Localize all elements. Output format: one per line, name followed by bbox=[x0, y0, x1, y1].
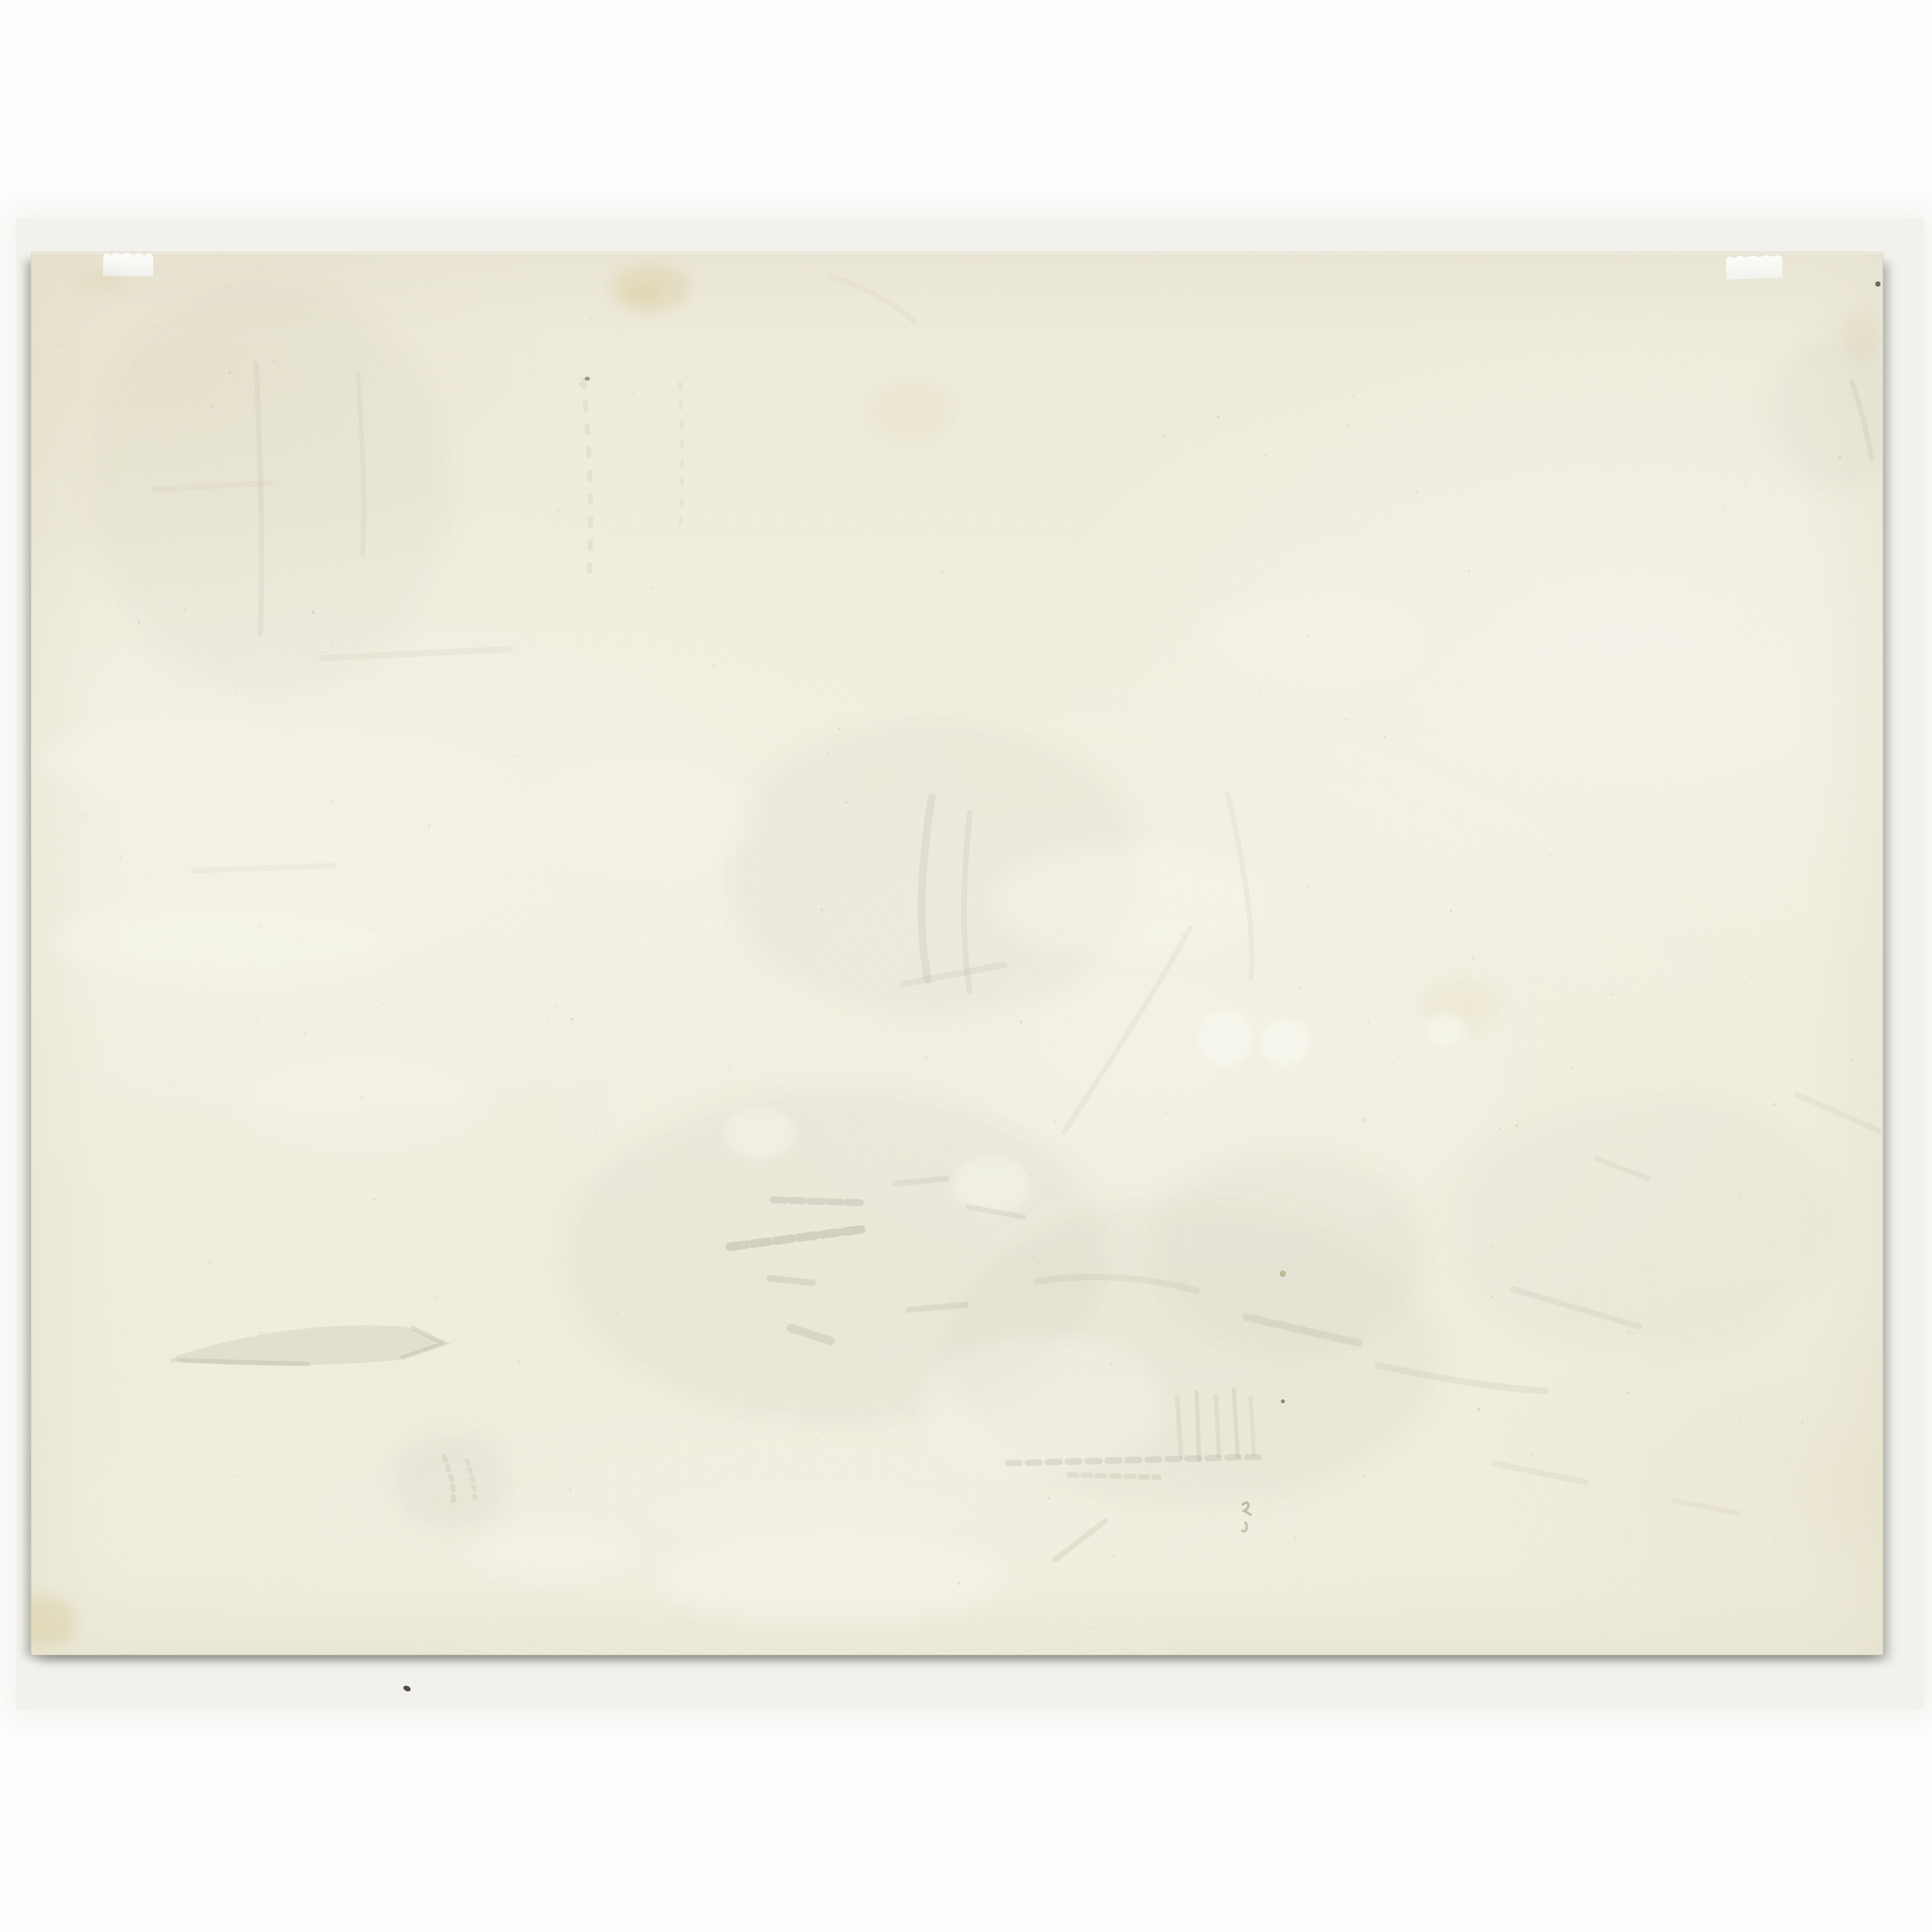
paper-sheet-verso bbox=[31, 252, 1883, 1655]
tape-top-left bbox=[103, 252, 153, 277]
artwork-photo-canvas bbox=[0, 0, 1932, 1932]
